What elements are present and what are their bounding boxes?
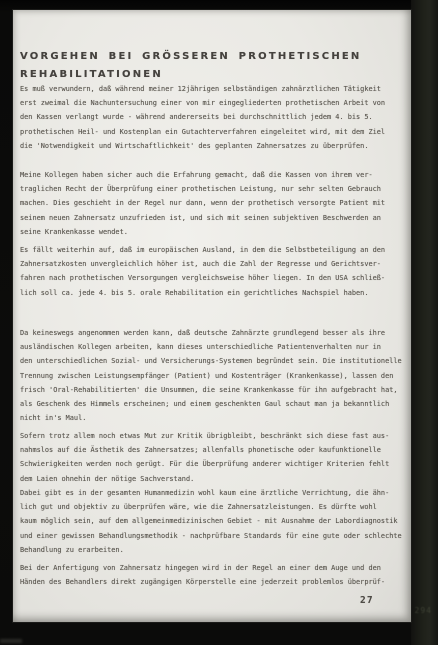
paragraph-2: Meine Kollegen haben sicher auch die Erf… bbox=[20, 168, 408, 239]
scan-corner-artifact bbox=[0, 639, 22, 643]
paragraph-4: Da keineswegs angenommen werden kann, da… bbox=[20, 326, 408, 425]
text-line: als Geschenk des Himmels erscheinen; und… bbox=[20, 397, 408, 411]
paragraph-1: Es muß verwundern, daß während meiner 12… bbox=[20, 82, 408, 153]
text-line: Dabei gibt es in der gesamten Humanmediz… bbox=[20, 486, 408, 500]
text-line: lich soll ca. jede 4. bis 5. orale Rehab… bbox=[20, 286, 408, 300]
page-title-line-1: VORGEHEN BEI GRÖSSEREN PROTHETISCHEN bbox=[20, 48, 362, 66]
text-line: den unterschiedlichen Sozial- und Versic… bbox=[20, 354, 408, 368]
paragraph-6: Dabei gibt es in der gesamten Humanmediz… bbox=[20, 486, 408, 557]
paragraph-7: Bei der Anfertigung von Zahnersatz hinge… bbox=[20, 561, 408, 589]
text-line: seine Krankenkasse wendet. bbox=[20, 225, 408, 239]
text-line: kaum möglich sein, auf dem allgemeinmedi… bbox=[20, 514, 408, 528]
film-frame-marking: 294 bbox=[415, 606, 432, 616]
text-line: die 'Notwendigkeit und Wirtschaftlichkei… bbox=[20, 139, 408, 153]
scan-photo-frame: 294 VORGEHEN BEI GRÖSSEREN PROTHETISCHEN… bbox=[0, 0, 438, 645]
text-line: Zahnersatzkosten unvergleichlich höher i… bbox=[20, 257, 408, 271]
document-page: VORGEHEN BEI GRÖSSEREN PROTHETISCHEN REH… bbox=[13, 10, 411, 622]
text-line: Händen des Behandlers direkt zugängigen … bbox=[20, 575, 408, 589]
text-line: Behandlung zu erarbeiten. bbox=[20, 543, 408, 557]
text-line: ausländischen Kollegen arbeiten, kann di… bbox=[20, 340, 408, 354]
text-line: und einer gewissen Behandlungsmethodik -… bbox=[20, 529, 408, 543]
film-edge-band bbox=[411, 0, 438, 645]
text-line: machen. Dies geschieht in der Regel nur … bbox=[20, 196, 408, 210]
text-line: Da keineswegs angenommen werden kann, da… bbox=[20, 326, 408, 340]
text-line: Meine Kollegen haben sicher auch die Erf… bbox=[20, 168, 408, 182]
page-title: VORGEHEN BEI GRÖSSEREN PROTHETISCHEN REH… bbox=[20, 48, 362, 85]
text-line: nahmslos auf die Ästhetik des Zahnersatz… bbox=[20, 443, 408, 457]
text-line: nicht in's Maul. bbox=[20, 411, 408, 425]
paragraph-5: Sofern trotz allem noch etwas Mut zur Kr… bbox=[20, 429, 408, 486]
text-line: Es muß verwundern, daß während meiner 12… bbox=[20, 82, 408, 96]
text-line: erst zweimal die Nachuntersuchung einer … bbox=[20, 96, 408, 110]
page-number: 27 bbox=[360, 595, 374, 607]
text-line: prothetischen Heil- und Kostenplan ein G… bbox=[20, 125, 408, 139]
text-line: seinem neuen Zahnersatz unzufrieden ist,… bbox=[20, 211, 408, 225]
text-line: Trennung zwischen Leistungsempfänger (Pa… bbox=[20, 369, 408, 383]
text-line: Sofern trotz allem noch etwas Mut zur Kr… bbox=[20, 429, 408, 443]
text-line: lich gut und objektiv zu überprüfen wäre… bbox=[20, 500, 408, 514]
text-line: Bei der Anfertigung von Zahnersatz hinge… bbox=[20, 561, 408, 575]
text-line: dem Laien ohnehin der nötige Sachverstan… bbox=[20, 472, 408, 486]
text-line: frisch 'Oral-Rehabilitierten' die Unsumm… bbox=[20, 383, 408, 397]
text-line: traglichen Recht der Überprüfung einer p… bbox=[20, 182, 408, 196]
text-line: den Kassen verlangt wurde - während ande… bbox=[20, 110, 408, 124]
paragraph-3: Es fällt weiterhin auf, daß im europäisc… bbox=[20, 243, 408, 300]
text-line: fahren nach prothetischen Versorgungen v… bbox=[20, 271, 408, 285]
text-line: Schwierigkeiten werden noch gerügt. Für … bbox=[20, 457, 408, 471]
text-line: Es fällt weiterhin auf, daß im europäisc… bbox=[20, 243, 408, 257]
